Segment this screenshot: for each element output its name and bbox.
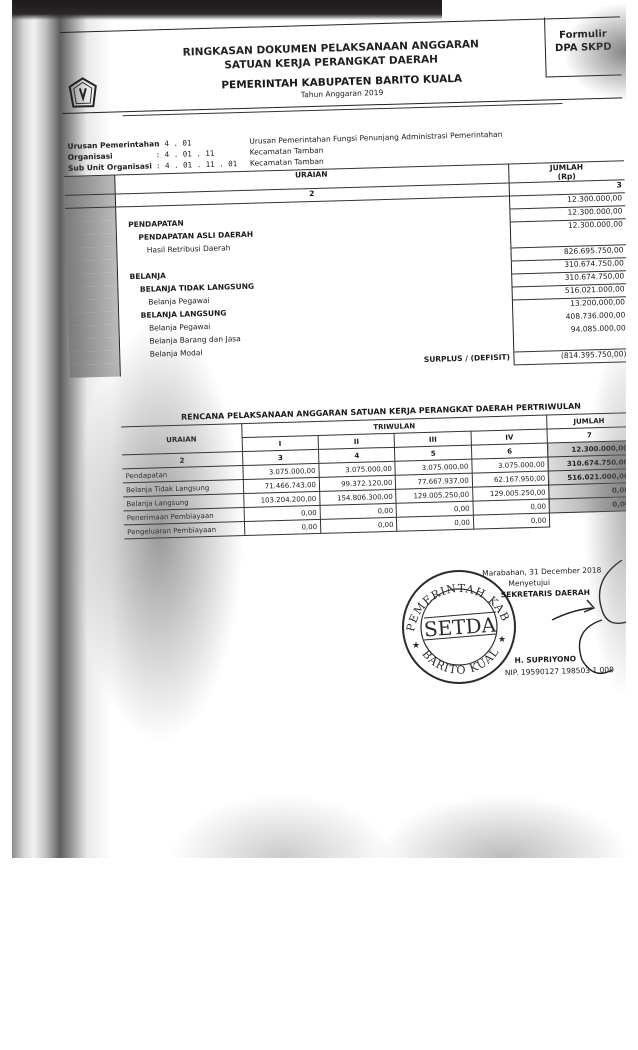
regency-emblem-icon	[67, 76, 98, 111]
document-title: RINGKASAN DOKUMEN PELAKSANAAN ANGGARAN S…	[151, 36, 512, 74]
svg-text:SETDA: SETDA	[423, 612, 497, 641]
official-stamp-icon: PEMERINTAH KABUPATEN BARITO KUALA SETDA …	[400, 568, 518, 686]
form-code-box: Formulir DPA SKPD	[544, 15, 622, 77]
document-page: RINGKASAN DOKUMEN PELAKSANAAN ANGGARAN S…	[60, 8, 626, 583]
svg-text:★: ★	[498, 635, 506, 645]
quarterly-plan-table: URAIAN TRIWULAN JUMLAH I II III IV 7 2 3…	[121, 412, 626, 539]
svg-text:★: ★	[412, 641, 420, 651]
handwritten-signature-icon	[532, 560, 626, 710]
scanned-document: RINGKASAN DOKUMEN PELAKSANAAN ANGGARAN S…	[12, 0, 626, 858]
budget-summary-table: URAIAN JUMLAH (Rp) 2 3 12.300.000,00 PEN…	[64, 160, 626, 378]
